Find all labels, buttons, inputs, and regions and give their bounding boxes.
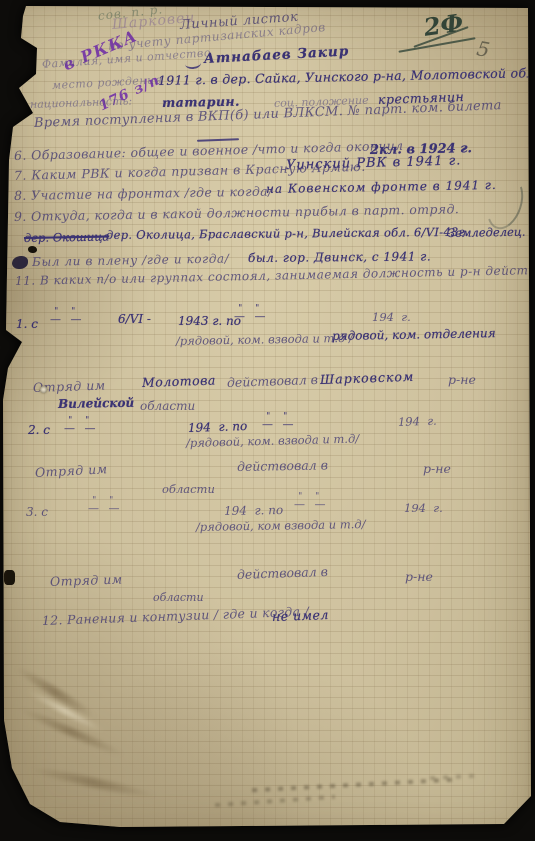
entry-2-to: 194 г. [398, 416, 437, 429]
wrinkle-streak [28, 765, 157, 801]
scribbled-number-blot [12, 256, 28, 269]
entry-3-from: 194 г. по [224, 504, 283, 517]
entry-3-to: 194 г. [404, 503, 443, 515]
ditto-mark: " " — — [64, 418, 99, 433]
field-nationality-value: татарин. [162, 96, 240, 110]
ditto-dashes: — — [64, 425, 99, 433]
bleedthrough-line [252, 778, 452, 792]
ditto-dashes: — — [88, 505, 123, 513]
entry-1-date: 6/VI - [118, 313, 151, 325]
detachment-3-acted: действовал в [237, 566, 328, 582]
edge-blot [4, 570, 15, 585]
detachment-2-label: Отряд им [35, 463, 108, 479]
detachment-3-district-word: р-не [405, 571, 433, 584]
detachment-1-region: Вилейской [58, 397, 134, 410]
ditto-mark: " " — — [262, 414, 297, 429]
field-arrival-value-occupation: Земледелец. [448, 227, 526, 240]
entry-1-role-value: рядовой, ком. отделения [332, 327, 496, 342]
ditto-mark: " " — — [50, 309, 85, 324]
entry-1-role-hint: /рядовой, ком. взвода и т.д / [176, 333, 353, 348]
detachment-1-region-word: области [140, 400, 195, 412]
field-arrival-value: дер. Околица, Браславский р-н, Вилейская… [106, 227, 469, 242]
entry-3-role-hint: /рядовой, ком взвода и т.д/ [196, 519, 366, 533]
ditto-dashes: — — [262, 421, 297, 429]
paper-hole [40, 386, 47, 393]
entry-1-to: 194 г. [372, 312, 411, 324]
detachment-3-region-word: области [153, 592, 204, 603]
field-arrival-struck-value: дер. Окошица [24, 232, 109, 245]
paper-surface: сов. п. р. Шарковец Личный листок по уче… [0, 0, 535, 841]
detachment-1-district-word: р-не [448, 374, 476, 387]
entry-1-from: 1943 г. по [178, 315, 241, 327]
detachment-2-district-word: р-не [423, 463, 451, 476]
ink-blot [28, 246, 37, 253]
ditto-dashes: — — [234, 313, 269, 321]
detachment-1-name: Молотова [142, 374, 216, 389]
field-captivity-value: был. гор. Двинск, с 1941 г. [248, 250, 431, 264]
entry-3-number: 3. с [26, 506, 48, 518]
ditto-dashes: — — [294, 501, 329, 509]
detachment-3-label: Отряд им [50, 573, 123, 588]
field-captivity-line: Был ли в плену /где и когда/ [32, 253, 230, 268]
field-arrival-line: 9. Откуда, когда и в какой должности при… [14, 203, 459, 223]
bleedthrough-line [430, 774, 475, 780]
ditto-mark: " " — — [234, 306, 269, 321]
entry-2-number: 2. с [28, 424, 50, 436]
ditto-mark: " " — — [88, 498, 123, 513]
corner-page-number: 5 [475, 38, 491, 60]
field-wounds-line: 12. Ранения и контузии / где и когда / [42, 606, 309, 628]
entry-1-number: 1. с [16, 318, 38, 330]
detachment-1-acted: действовал в [227, 374, 318, 390]
document-paper: сов. п. р. Шарковец Личный листок по уче… [0, 0, 535, 841]
field-birth-value: 1911 г. в дер. Сайка, Уинского р-на, Мол… [158, 67, 535, 87]
ditto-mark: " " — — [294, 494, 329, 509]
field-wounds-value: не имел [272, 609, 329, 623]
entry-2-from: 194 г. по [188, 420, 248, 434]
bleedthrough-line [215, 795, 335, 807]
pen-flourish [184, 57, 201, 70]
entry-2-role-hint: /рядовой, ком. взвода и т.д/ [186, 433, 359, 449]
detachment-1-district: Шарковском [320, 371, 415, 387]
field-name-value: Атнабаев Закир [204, 45, 350, 66]
field-rvk-value: Уинский РВК в 1941 г. [286, 154, 462, 172]
blank-answer-dash [197, 138, 239, 141]
field-nationality-label: национальность: [30, 95, 132, 110]
detachment-2-region-word: области [162, 484, 215, 496]
field-fronts-value: на Ковенском фронте в 1941 г. [266, 179, 497, 195]
detachment-2-acted: действовал в [237, 459, 328, 473]
ditto-dashes: — — [50, 316, 85, 324]
scan-background: { "scan": { "background_color": "#0d0c0a… [0, 0, 535, 841]
field-fronts-line: 8. Участие на фронтах /где и когда/ [14, 185, 273, 202]
